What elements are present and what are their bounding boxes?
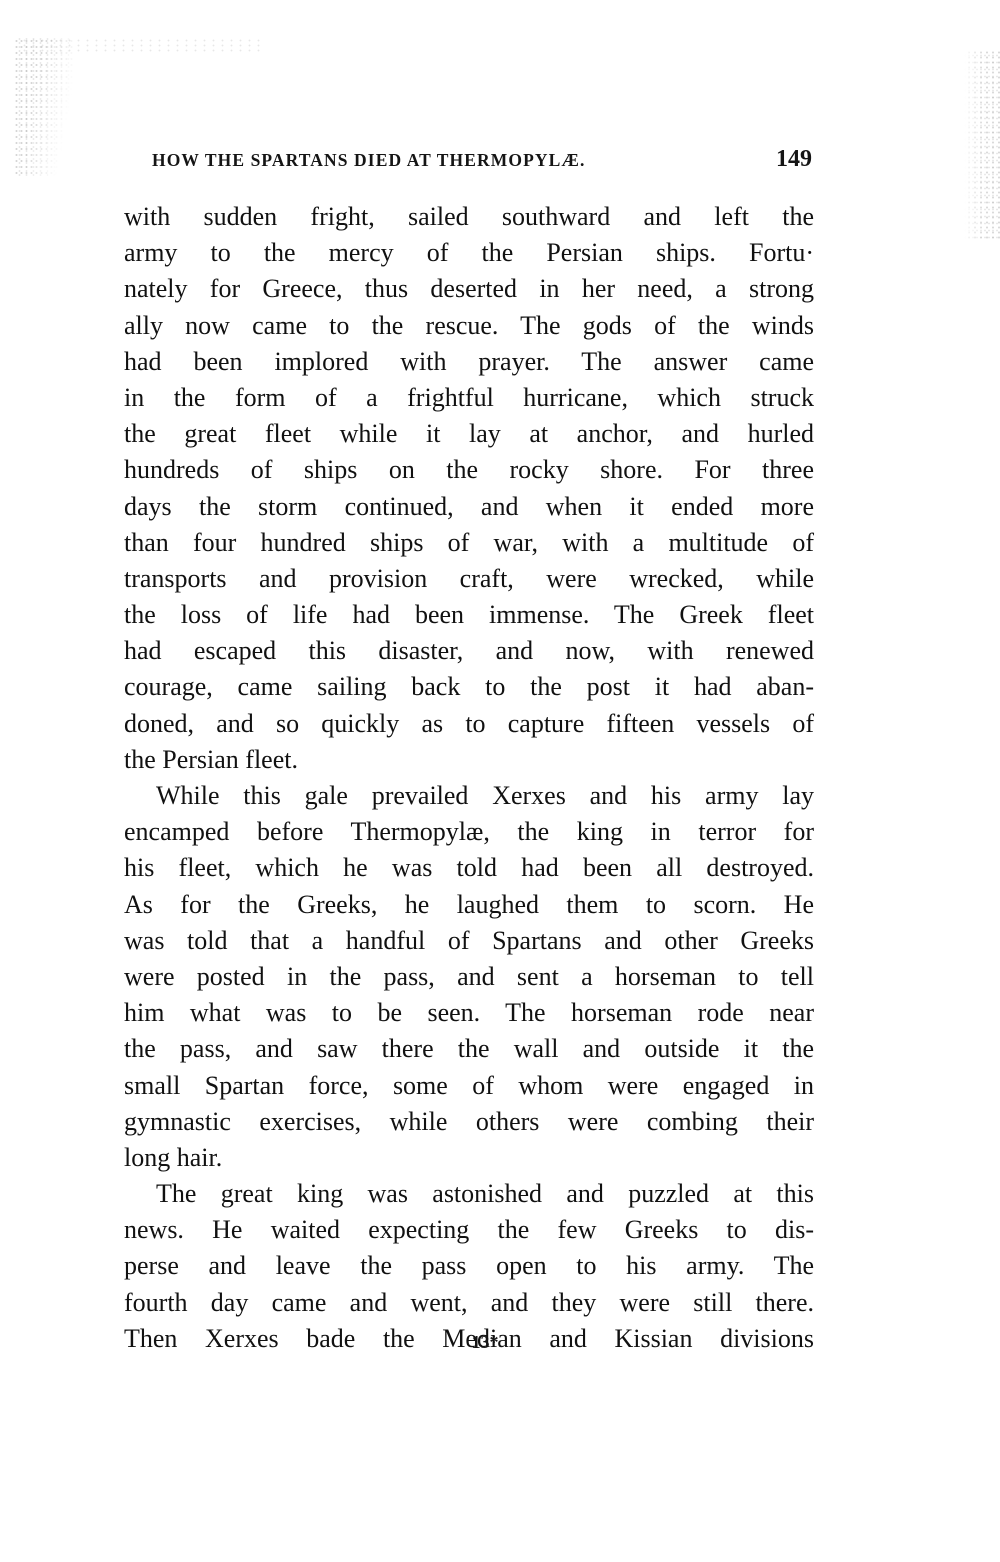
text-line: his fleet, which he was told had been al… [124, 850, 814, 886]
paragraph-end-line: the Persian fleet. [124, 742, 814, 778]
body-text: with sudden fright, sailed southward and… [124, 199, 814, 1357]
paragraph-start-line: The great king was astonished and puzzle… [124, 1176, 814, 1212]
text-line: the great fleet while it lay at anchor, … [124, 416, 814, 452]
text-line: had escaped this disaster, and now, with… [124, 633, 814, 669]
text-line: news. He waited expecting the few Greeks… [124, 1212, 814, 1248]
page-number: 149 [776, 146, 812, 173]
text-line: encamped before Thermopylæ, the king in … [124, 814, 814, 850]
signature-mark-text: 13* [472, 1332, 499, 1352]
text-line: with sudden fright, sailed southward and… [124, 199, 814, 235]
text-line: nately for Greece, thus deserted in her … [124, 271, 814, 307]
text-line: the loss of life had been immense. The G… [124, 597, 814, 633]
text-line: courage, came sailing back to the post i… [124, 669, 814, 705]
text-line: were posted in the pass, and sent a hors… [124, 959, 814, 995]
text-line: was told that a handful of Spartans and … [124, 923, 814, 959]
text-line: gymnastic exercises, while others were c… [124, 1104, 814, 1140]
scan-noise-top-margin [20, 38, 260, 54]
scan-noise-left-margin [14, 38, 74, 178]
text-line: perse and leave the pass open to his arm… [124, 1248, 814, 1284]
running-head: HOW THE SPARTANS DIED AT THERMOPYLÆ. 149 [152, 146, 812, 176]
text-line: than four hundred ships of war, with a m… [124, 525, 814, 561]
text-line: in the form of a frightful hurricane, wh… [124, 380, 814, 416]
text-line: As for the Greeks, he laughed them to sc… [124, 887, 814, 923]
text-line: hundreds of ships on the rocky shore. Fo… [124, 452, 814, 488]
running-title: HOW THE SPARTANS DIED AT THERMOPYLÆ. [152, 150, 585, 171]
text-line: ally now came to the rescue. The gods of… [124, 308, 814, 344]
text-line: the pass, and saw there the wall and out… [124, 1031, 814, 1067]
text-line: him what was to be seen. The horseman ro… [124, 995, 814, 1031]
text-line: army to the mercy of the Persian ships. … [124, 235, 814, 271]
text-line: doned, and so quickly as to capture fift… [124, 706, 814, 742]
book-page: HOW THE SPARTANS DIED AT THERMOPYLÆ. 149… [0, 0, 1000, 1562]
paragraph-end-line: long hair. [124, 1140, 814, 1176]
text-line: had been implored with prayer. The answe… [124, 344, 814, 380]
scan-noise-right-margin [960, 50, 1000, 240]
text-line: small Spartan force, some of whom were e… [124, 1068, 814, 1104]
text-line: fourth day came and went, and they were … [124, 1285, 814, 1321]
paragraph-start-line: While this gale prevailed Xerxes and his… [124, 778, 814, 814]
signature-mark: 13* [0, 1332, 1000, 1353]
text-line: transports and provision craft, were wre… [124, 561, 814, 597]
text-line: days the storm continued, and when it en… [124, 489, 814, 525]
